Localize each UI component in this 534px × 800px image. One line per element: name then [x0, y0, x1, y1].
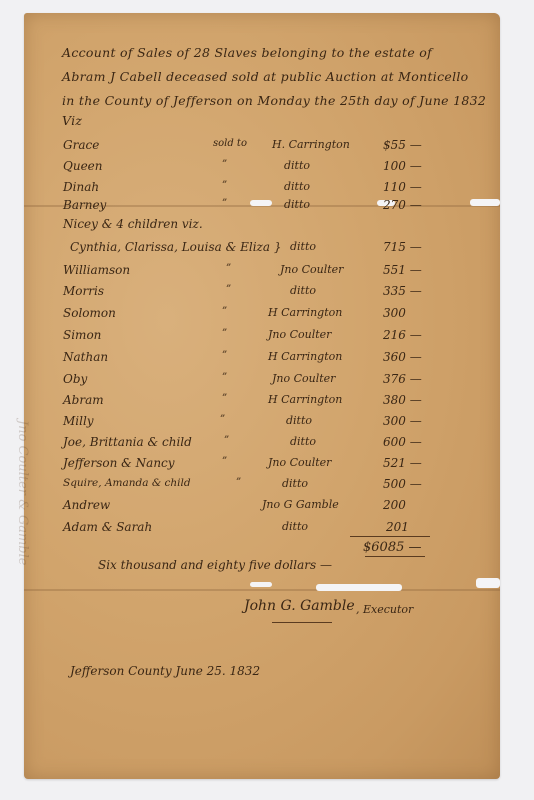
- ditto-mark: ”: [222, 328, 227, 339]
- slave-name: Nathan: [63, 350, 108, 364]
- buyer: ditto: [284, 159, 310, 172]
- amount: 380 —: [383, 393, 422, 407]
- slave-name: Nicey & 4 children viz.: [63, 217, 203, 231]
- signature-title: , Executor: [356, 603, 413, 616]
- ditto-mark: ”: [222, 306, 227, 317]
- buyer: Jno Coulter: [272, 372, 335, 385]
- slave-name: Milly: [63, 414, 94, 428]
- paper-tear: [250, 582, 272, 587]
- slave-name: Adam & Sarah: [63, 520, 152, 534]
- buyer: H Carrington: [268, 393, 342, 406]
- buyer: H Carrington: [268, 306, 342, 319]
- buyer: ditto: [290, 435, 316, 448]
- ditto-mark: ”: [236, 477, 241, 488]
- sale-row: Grace sold to H. Carrington $55 —: [0, 138, 534, 160]
- heading-line-1: Account of Sales of 28 Slaves belonging …: [62, 45, 432, 60]
- amount: 360 —: [383, 350, 422, 364]
- fold-line: [24, 589, 500, 591]
- ditto-mark: ”: [222, 198, 227, 209]
- sale-row: Williamson ” Jno Coulter 551 —: [0, 263, 534, 285]
- amount: 100 —: [383, 159, 422, 173]
- slave-name: Andrew: [63, 498, 110, 512]
- slave-name: Dinah: [63, 180, 99, 194]
- buyer: ditto: [282, 520, 308, 533]
- buyer: ditto: [286, 414, 312, 427]
- ditto-mark: ”: [222, 350, 227, 361]
- amount: $55 —: [383, 138, 422, 152]
- children-names: Cynthia, Clarissa, Louisa & Eliza }: [70, 240, 281, 254]
- buyer: ditto: [282, 477, 308, 490]
- buyer: ditto: [284, 180, 310, 193]
- total-in-words: Six thousand and eighty five dollars —: [98, 558, 332, 572]
- signature: John G. Gamble: [244, 598, 355, 614]
- buyer: H. Carrington: [272, 138, 350, 151]
- slave-name: Queen: [63, 159, 103, 173]
- sale-row: Oby ” Jno Coulter 376 —: [0, 372, 534, 394]
- sale-row: Andrew Jno G Gamble 200: [0, 498, 534, 520]
- buyer: Jno Coulter: [280, 263, 343, 276]
- ditto-mark: ”: [222, 393, 227, 404]
- amount: 110 —: [383, 180, 422, 194]
- ditto-mark: ”: [222, 456, 227, 467]
- slave-name: Oby: [63, 372, 87, 386]
- amount: 200: [383, 498, 406, 512]
- amount: 521 —: [383, 456, 422, 470]
- slave-name: Barney: [63, 198, 106, 212]
- amount: 551 —: [383, 263, 422, 277]
- total-amount: $6085 —: [363, 540, 422, 555]
- buyer: Jno Coulter: [268, 456, 331, 469]
- ditto-mark: ”: [220, 414, 225, 425]
- slave-name: Jefferson & Nancy: [63, 456, 175, 470]
- sale-row: Cynthia, Clarissa, Louisa & Eliza } ditt…: [0, 240, 534, 262]
- slave-name: Solomon: [63, 306, 116, 320]
- paper-tear: [476, 578, 500, 588]
- ditto-mark: ”: [226, 284, 231, 295]
- buyer: ditto: [284, 198, 310, 211]
- sale-row: Jefferson & Nancy ” Jno Coulter 521 —: [0, 456, 534, 478]
- ditto-mark: ”: [222, 159, 227, 170]
- sale-row: Queen ” ditto 100 —: [0, 159, 534, 181]
- amount: 216 —: [383, 328, 422, 342]
- buyer: ditto: [290, 284, 316, 297]
- slave-name: Abram: [63, 393, 104, 407]
- buyer: H Carrington: [268, 350, 342, 363]
- signature-flourish: [272, 622, 332, 623]
- sale-row: Milly ” ditto 300 —: [0, 414, 534, 436]
- ditto-mark: ”: [222, 180, 227, 191]
- slave-name: Grace: [63, 138, 99, 152]
- slave-name: Joe, Brittania & child: [63, 435, 192, 449]
- slave-name: Simon: [63, 328, 101, 342]
- ditto-mark: ”: [222, 372, 227, 383]
- ditto-mark: ”: [226, 263, 231, 274]
- sum-rule: [350, 536, 430, 537]
- ditto-mark: ”: [224, 435, 229, 446]
- total-underline: [365, 556, 425, 557]
- amount: 300 —: [383, 414, 422, 428]
- buyer: ditto: [290, 240, 316, 253]
- paper-tear: [316, 584, 402, 591]
- slave-name: Morris: [63, 284, 104, 298]
- sale-row: Squire, Amanda & child ” ditto 500 —: [0, 477, 534, 499]
- sale-row: Abram ” H Carrington 380 —: [0, 393, 534, 415]
- amount: 600 —: [383, 435, 422, 449]
- footer-date: Jefferson County June 25. 1832: [70, 664, 260, 678]
- slave-name: Squire, Amanda & child: [63, 477, 191, 489]
- amount: 335 —: [383, 284, 422, 298]
- sale-row: Joe, Brittania & child ” ditto 600 —: [0, 435, 534, 457]
- sale-row: Solomon ” H Carrington 300: [0, 306, 534, 328]
- amount: 201: [386, 520, 409, 534]
- slave-name: Williamson: [63, 263, 130, 277]
- amount: 300: [383, 306, 406, 320]
- heading-line-2: Abram J Cabell deceased sold at public A…: [62, 69, 469, 84]
- sale-row: Nathan ” H Carrington 360 —: [0, 350, 534, 372]
- buyer: Jno G Gamble: [262, 498, 339, 511]
- heading-line-4: Viz: [62, 113, 82, 128]
- buyer: Jno Coulter: [268, 328, 331, 341]
- amount: 376 —: [383, 372, 422, 386]
- amount: 500 —: [383, 477, 422, 491]
- sale-row: Adam & Sarah ditto 201: [0, 520, 534, 542]
- heading-line-3: in the County of Jefferson on Monday the…: [62, 93, 486, 108]
- amount: 715 —: [383, 240, 422, 254]
- sale-row: Simon ” Jno Coulter 216 —: [0, 328, 534, 350]
- amount: 270 —: [383, 198, 422, 212]
- sale-row: Morris ” ditto 335 —: [0, 284, 534, 306]
- sale-row: Nicey & 4 children viz.: [0, 217, 534, 239]
- sold-to-label: sold to: [213, 138, 247, 149]
